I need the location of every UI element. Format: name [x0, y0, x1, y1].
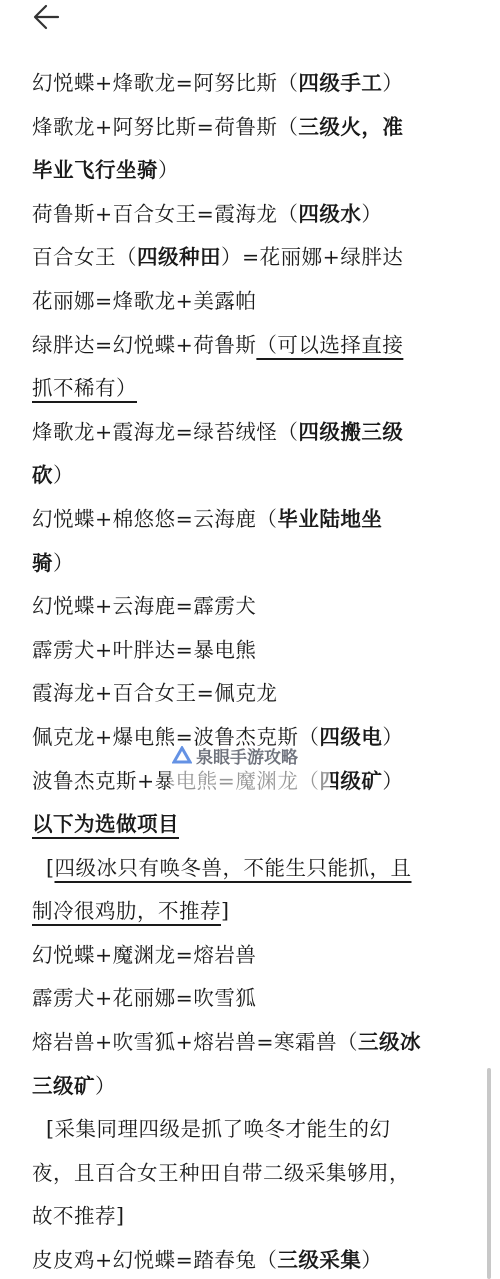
text-line: 骑）	[32, 542, 472, 586]
text-segment: 夜，且百合女王种田自带二级采集够用，	[32, 1161, 410, 1185]
bold-text: 四级手工	[298, 71, 382, 95]
bold-text: 三级采集	[277, 1248, 361, 1272]
text-segment: 霹雳犬+叶胖达=暴电熊	[32, 638, 256, 662]
text-line: 幻悦蝶+棉悠悠=云海鹿（毕业陆地坐	[32, 498, 472, 542]
text-segment: ）	[382, 769, 403, 793]
bold-text: 砍	[32, 463, 53, 487]
text-line: 砍）	[32, 454, 472, 498]
bold-text: 四级电	[319, 725, 382, 749]
text-segment: 霹雳犬+花丽娜=吹雪狐	[32, 986, 256, 1010]
text-line: 花丽娜=烽歌龙+美露帕	[32, 280, 472, 324]
text-segment: 霞海龙+百合女王=佩克龙	[32, 681, 277, 705]
text-segment: ）	[382, 725, 403, 749]
text-segment: 幻悦蝶+烽歌龙=阿努比斯（	[32, 71, 298, 95]
watermark-fade	[170, 768, 330, 796]
text-line: 烽歌龙+霞海龙=绿苔绒怪（四级搬三级	[32, 411, 472, 455]
text-segment: ）=花丽娜+绿胖达	[221, 245, 403, 269]
text-segment: 荷鲁斯+百合女王=霞海龙（	[32, 202, 298, 226]
text-segment: 幻悦蝶+棉悠悠=云海鹿（	[32, 507, 277, 531]
text-line: 霹雳犬+叶胖达=暴电熊	[32, 629, 472, 673]
text-segment: ）	[158, 158, 179, 182]
text-segment: ）	[53, 551, 74, 575]
text-line: 荷鲁斯+百合女王=霞海龙（四级水）	[32, 193, 472, 237]
bold-text: 三级冰	[358, 1030, 421, 1054]
text-segment: [采集同理四级是抓了唤冬才能生的幻	[46, 1117, 391, 1141]
bold-text: 毕业陆地坐	[277, 507, 382, 531]
bold-text: 四级种田	[137, 245, 221, 269]
text-line: 制冷很鸡肋，不推荐]	[32, 890, 472, 934]
top-bar	[0, 0, 500, 40]
arrow-left-icon	[30, 2, 64, 32]
bold-text: 以下为选做项目	[32, 812, 179, 836]
text-segment: ）	[53, 463, 74, 487]
bold-text: 骑	[32, 551, 53, 575]
text-line: 霹雳犬+花丽娜=吹雪狐	[32, 977, 472, 1021]
text-line: 百合女王（四级种田）=花丽娜+绿胖达	[32, 236, 472, 280]
text-line: 三级矿）	[32, 1065, 472, 1109]
watermark: 泉眼手游攻略	[172, 742, 298, 768]
text-segment: [	[46, 856, 55, 880]
text-segment: 百合女王（	[32, 245, 137, 269]
text-segment: ]	[221, 899, 230, 923]
text-line: 烽歌龙+阿努比斯=荷鲁斯（三级火，准	[32, 106, 472, 150]
text-line: 以下为选做项目	[32, 803, 472, 847]
text-line: 熔岩兽+吹雪狐+熔岩兽=寒霜兽（三级冰	[32, 1021, 472, 1065]
text-segment: 皮皮鸡+幻悦蝶=踏春兔（	[32, 1248, 277, 1272]
text-segment: 花丽娜=烽歌龙+美露帕	[32, 289, 256, 313]
text-segment: 绿胖达=幻悦蝶+荷鲁斯	[32, 333, 256, 357]
text-segment: 熔岩兽+吹雪狐+熔岩兽=寒霜兽（	[32, 1030, 358, 1054]
text-line: 皮皮鸡+幻悦蝶=踏春兔（三级采集）	[32, 1239, 472, 1279]
text-segment: 幻悦蝶+云海鹿=霹雳犬	[32, 594, 256, 618]
text-segment: 烽歌龙+霞海龙=绿苔绒怪（	[32, 420, 298, 444]
text-segment: 幻悦蝶+魔渊龙=熔岩兽	[32, 943, 256, 967]
text-line: 绿胖达=幻悦蝶+荷鲁斯（可以选择直接	[32, 324, 472, 368]
bold-text: 三级矿	[32, 1074, 95, 1098]
back-button[interactable]	[30, 2, 64, 32]
text-line: [四级冰只有唤冬兽，不能生只能抓，且	[32, 847, 472, 891]
text-segment: ）	[95, 1074, 116, 1098]
scrollbar[interactable]	[487, 1068, 491, 1279]
bold-text: 四级搬三级	[298, 420, 403, 444]
text-line: 霞海龙+百合女王=佩克龙	[32, 672, 472, 716]
text-segment: 故不推荐]	[32, 1204, 125, 1228]
text-segment: ）	[361, 202, 382, 226]
watermark-text: 泉眼手游攻略	[196, 743, 298, 768]
text-segment: 烽歌龙+阿努比斯=荷鲁斯（	[32, 115, 298, 139]
bold-text: 四级水	[298, 202, 361, 226]
bold-text: 三级火，准	[298, 115, 403, 139]
text-segment: ）	[382, 71, 403, 95]
underlined-text: 制冷很鸡肋，不推荐	[32, 899, 221, 923]
bold-text: 毕业飞行坐骑	[32, 158, 158, 182]
text-line: 幻悦蝶+云海鹿=霹雳犬	[32, 585, 472, 629]
underlined-text: （可以选择直接	[256, 333, 403, 357]
text-line: 抓不稀有）	[32, 367, 472, 411]
text-line: 幻悦蝶+烽歌龙=阿努比斯（四级手工）	[32, 62, 472, 106]
text-line: [采集同理四级是抓了唤冬才能生的幻	[32, 1108, 472, 1152]
text-line: 幻悦蝶+魔渊龙=熔岩兽	[32, 934, 472, 978]
underlined-text: 四级冰只有唤冬兽，不能生只能抓，且	[55, 856, 412, 880]
underlined-text: 抓不稀有）	[32, 376, 137, 400]
text-line: 毕业飞行坐骑）	[32, 149, 472, 193]
article-content: 幻悦蝶+烽歌龙=阿努比斯（四级手工）烽歌龙+阿努比斯=荷鲁斯（三级火，准毕业飞行…	[32, 62, 472, 1279]
text-segment: ）	[361, 1248, 382, 1272]
text-line: 夜，且百合女王种田自带二级采集够用，	[32, 1152, 472, 1196]
text-line: 故不推荐]	[32, 1195, 472, 1239]
triangle-logo-icon	[172, 746, 192, 764]
